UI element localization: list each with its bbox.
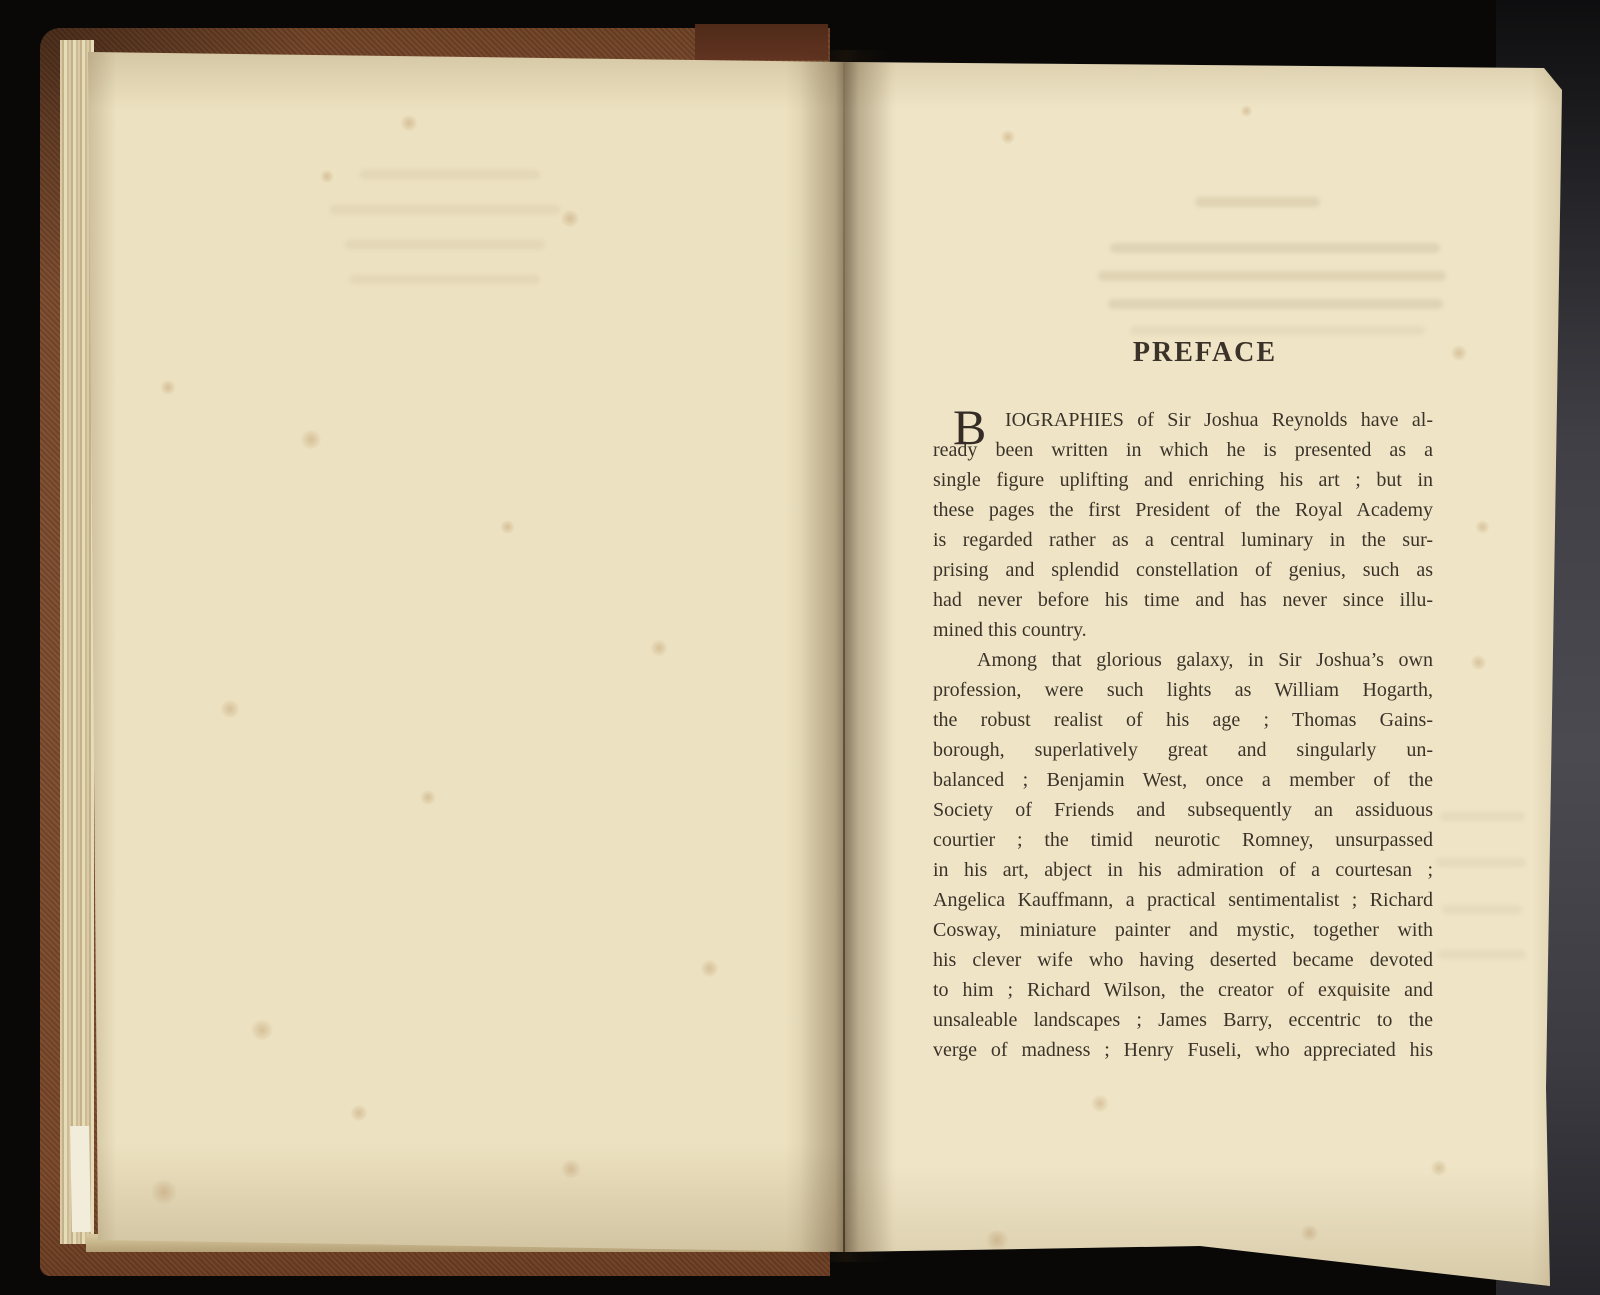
show-through-line: [1130, 326, 1425, 335]
show-through-line: [330, 205, 560, 214]
show-through-line: [1110, 243, 1440, 253]
text-line: Angelica Kauffmann, a practical sentimen…: [933, 885, 1433, 915]
foxing-spot: [160, 380, 176, 395]
preface-paragraph-2: Among that glorious galaxy, in Sir Joshu…: [933, 645, 1433, 1065]
text-line: profession, were such lights as William …: [933, 675, 1433, 705]
foxing-spot: [1470, 655, 1487, 670]
text-line: borough, superlatively great and singula…: [933, 735, 1433, 765]
text-line: in his art, abject in his admiration of …: [933, 855, 1433, 885]
foxing-spot: [420, 790, 436, 805]
drop-cap-initial: B: [953, 402, 986, 452]
text-line: had never before his time and has never …: [933, 585, 1433, 615]
foxing-spot: [1090, 1095, 1110, 1112]
text-line: to him ; Richard Wilson, the creator of …: [933, 975, 1433, 1005]
text-line: verge of madness ; Henry Fuseli, who app…: [933, 1035, 1433, 1065]
foxing-spot: [300, 430, 322, 449]
page-edge-highlight: [70, 1126, 91, 1232]
foxing-spot: [320, 170, 334, 183]
foxing-spot: [700, 960, 719, 977]
preface-text-block: PREFACE B IOGRAPHIES of Sir Joshua Reyno…: [933, 338, 1433, 1065]
show-through-line: [1108, 299, 1443, 309]
text-line: his clever wife who having deserted beca…: [933, 945, 1433, 975]
text-line: single figure uplifting and enriching hi…: [933, 465, 1433, 495]
foxing-spot: [220, 700, 240, 718]
text-line: these pages the first President of the R…: [933, 495, 1433, 525]
text-line: balanced ; Benjamin West, once a member …: [933, 765, 1433, 795]
foxing-spot: [250, 1020, 274, 1040]
foxing-spot: [560, 210, 580, 227]
foxing-spot: [560, 1160, 582, 1178]
foxing-spot: [1210, 1260, 1225, 1273]
text-line: is regarded rather as a central luminary…: [933, 525, 1433, 555]
foxing-spot: [1475, 520, 1490, 534]
text-line: unsaleable landscapes ; James Barry, ecc…: [933, 1005, 1433, 1035]
preface-paragraph-1: B IOGRAPHIES of Sir Joshua Reynolds have…: [933, 405, 1433, 645]
show-through-line: [1442, 905, 1522, 914]
show-through-line: [360, 170, 540, 179]
show-through-line: [1436, 858, 1526, 867]
text-line: the robust realist of his age ; Thomas G…: [933, 705, 1433, 735]
show-through-line: [345, 240, 545, 249]
show-through-line: [1195, 197, 1320, 207]
foxing-spot: [1430, 1160, 1448, 1176]
text-line: IOGRAPHIES of Sir Joshua Reynolds have a…: [933, 405, 1433, 435]
page-fore-edges: [60, 40, 94, 1244]
foxing-spot: [985, 1230, 1009, 1250]
left-page: [86, 50, 846, 1252]
text-line: Cosway, miniature painter and mystic, to…: [933, 915, 1433, 945]
foxing-spot: [400, 115, 418, 131]
page-title: PREFACE: [955, 338, 1455, 368]
foxing-spot: [350, 1105, 368, 1121]
right-page: PREFACE B IOGRAPHIES of Sir Joshua Reyno…: [846, 60, 1568, 1288]
text-line: prising and splendid constellation of ge…: [933, 555, 1433, 585]
foxing-spot: [650, 640, 668, 656]
text-line: ready been written in which he is presen…: [933, 435, 1433, 465]
foxing-spot: [1240, 105, 1253, 117]
foxing-spot: [150, 1180, 178, 1204]
foxing-spot: [1000, 130, 1016, 144]
text-line: courtier ; the timid neurotic Romney, un…: [933, 825, 1433, 855]
spine-top-edge: [695, 24, 828, 60]
show-through-line: [350, 275, 540, 284]
text-line: Society of Friends and subsequently an a…: [933, 795, 1433, 825]
show-through-line: [1438, 950, 1526, 959]
book-photo: PREFACE B IOGRAPHIES of Sir Joshua Reyno…: [0, 0, 1600, 1295]
text-line: mined this country.: [933, 615, 1433, 645]
show-through-line: [1098, 271, 1446, 281]
text-line: Among that glorious galaxy, in Sir Joshu…: [933, 645, 1433, 675]
foxing-spot: [1300, 1225, 1319, 1241]
show-through-line: [1440, 812, 1525, 821]
foxing-spot: [500, 520, 515, 534]
